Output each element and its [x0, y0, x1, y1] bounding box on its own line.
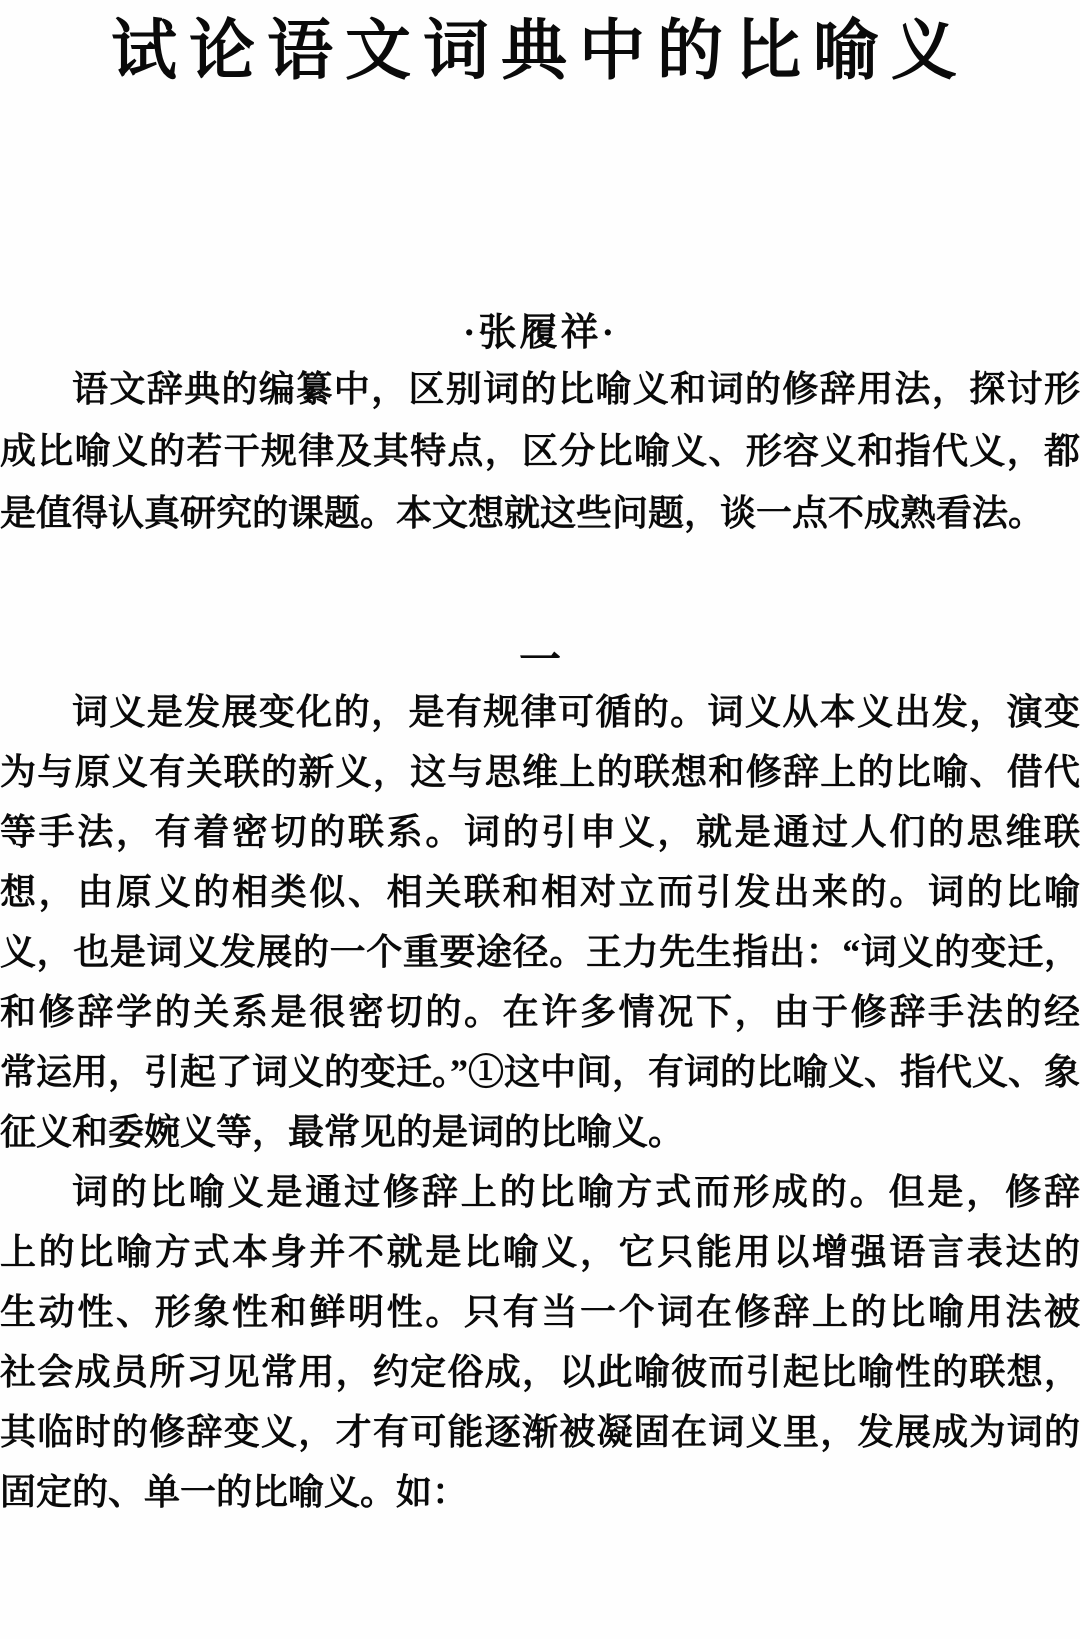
text-line: 语文辞典的编纂中，区别词的比喻义和词的修辞用法，探讨形 — [0, 358, 1080, 420]
article-title: 试论语文词典中的比喻义 — [0, 0, 1080, 98]
text-line: 词的比喻义是通过修辞上的比喻方式而形成的。但是，修辞 — [0, 1162, 1080, 1222]
text-line: 想，由原义的相类似、相关联和相对立而引发出来的。词的比喻 — [0, 862, 1080, 922]
text-line: 征义和委婉义等，最常见的是词的比喻义。 — [0, 1102, 1080, 1162]
text-line: 生动性、形象性和鲜明性。只有当一个词在修辞上的比喻用法被 — [0, 1282, 1080, 1342]
text-line: 成比喻义的若干规律及其特点，区分比喻义、形容义和指代义，都 — [0, 420, 1080, 482]
text-line: 上的比喻方式本身并不就是比喻义，它只能用以增强语言表达的 — [0, 1222, 1080, 1282]
section-number: 一 — [0, 640, 1080, 682]
text-line: 义，也是词义发展的一个重要途径。王力先生指出：“词义的变迁， — [0, 922, 1080, 982]
text-line: 社会成员所习见常用，约定俗成，以此喻彼而引起比喻性的联想， — [0, 1342, 1080, 1402]
body-paragraph-2: 词的比喻义是通过修辞上的比喻方式而形成的。但是，修辞上的比喻方式本身并不就是比喻… — [0, 1162, 1080, 1522]
text-line: 为与原义有关联的新义，这与思维上的联想和修辞上的比喻、借代 — [0, 742, 1080, 802]
text-line: 是值得认真研究的课题。本文想就这些问题，谈一点不成熟看法。 — [0, 482, 1080, 544]
text-line: 常运用，引起了词义的变迁。”①这中间，有词的比喻义、指代义、象 — [0, 1042, 1080, 1102]
text-line: 其临时的修辞变义，才有可能逐渐被凝固在词义里，发展成为词的 — [0, 1402, 1080, 1462]
text-line: 等手法，有着密切的联系。词的引申义，就是通过人们的思维联 — [0, 802, 1080, 862]
text-line: 和修辞学的关系是很密切的。在许多情况下，由于修辞手法的经 — [0, 982, 1080, 1042]
abstract-paragraph: 语文辞典的编纂中，区别词的比喻义和词的修辞用法，探讨形成比喻义的若干规律及其特点… — [0, 358, 1080, 544]
text-line: 词义是发展变化的，是有规律可循的。词义从本义出发，演变 — [0, 682, 1080, 742]
scanned-article-page: 试论语文词典中的比喻义 ·张履祥· 语文辞典的编纂中，区别词的比喻义和词的修辞用… — [0, 0, 1080, 1639]
author-name: ·张履祥· — [0, 308, 1080, 358]
body-paragraph-1: 词义是发展变化的，是有规律可循的。词义从本义出发，演变为与原义有关联的新义，这与… — [0, 682, 1080, 1162]
text-line: 固定的、单一的比喻义。如： — [0, 1462, 1080, 1522]
